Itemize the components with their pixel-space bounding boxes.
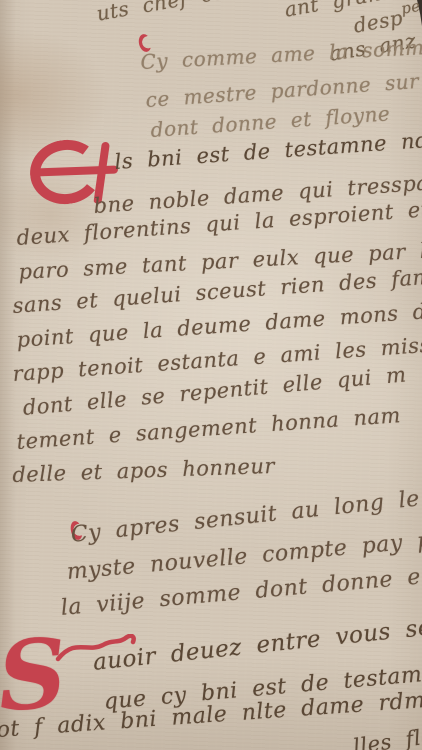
manuscript-page: S uts chef comme ant grans desp ans anz … [0, 0, 422, 750]
manuscript-line: Cy comme ame la somme de la p [140, 31, 422, 72]
manuscript-line: delle et apos honneur [12, 456, 275, 486]
manuscript-line: lles flor [352, 724, 422, 750]
manuscript-line: pe [400, 0, 422, 17]
manuscript-line: uts chef comme [95, 0, 277, 24]
